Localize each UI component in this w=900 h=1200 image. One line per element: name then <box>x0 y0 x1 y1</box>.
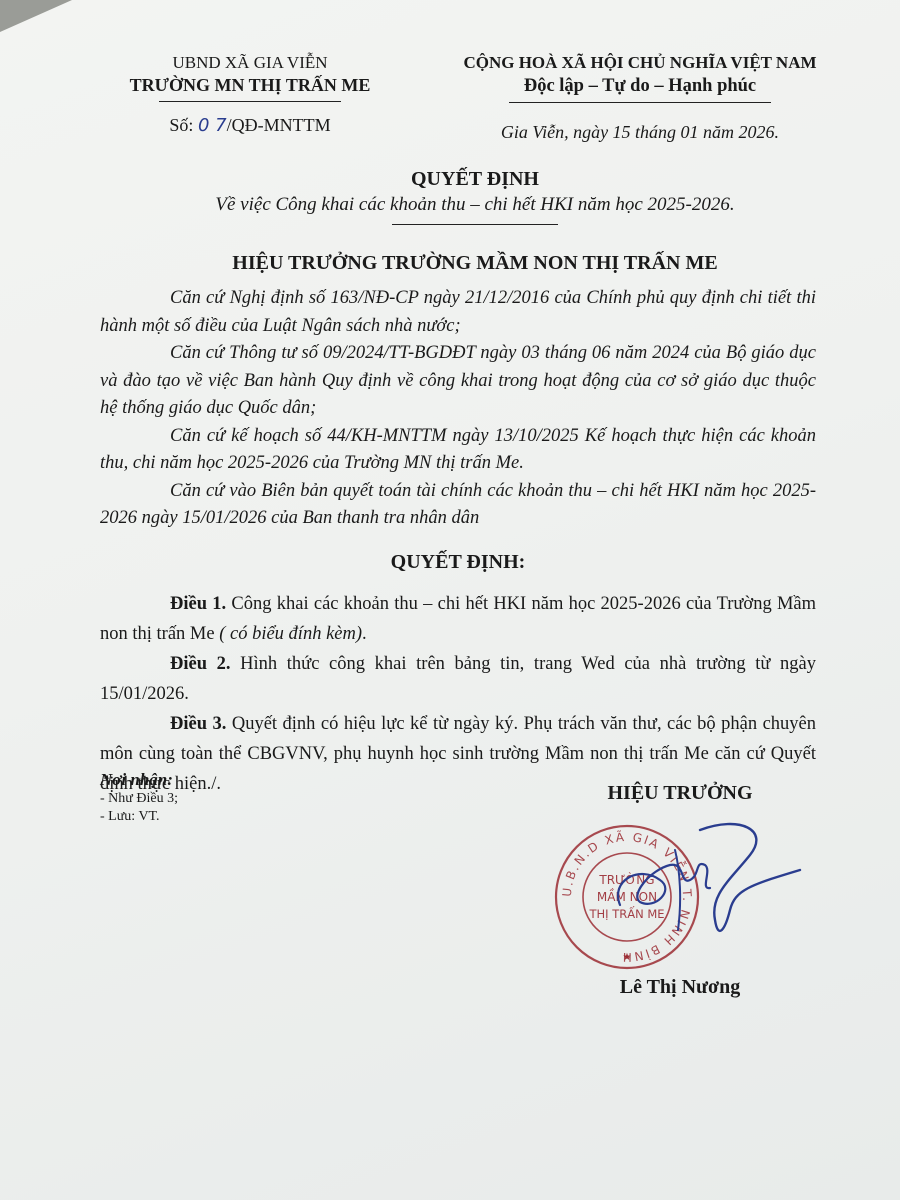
country-name: CỘNG HOÀ XÃ HỘI CHỦ NGHĨA VIỆT NAM <box>440 52 840 74</box>
document-number: Số: 0 7/QĐ-MNTTM <box>110 114 390 137</box>
article-note: ( có biểu đính kèm) <box>219 624 362 644</box>
ground-item: Căn cứ kế hoạch số 44/KH-MNTTM ngày 13/1… <box>100 423 816 478</box>
header-left: UBND XÃ GIA VIỄN TRƯỜNG MN THỊ TRẤN ME S… <box>110 52 390 137</box>
school-name: TRƯỜNG MN THỊ TRẤN ME <box>110 74 390 96</box>
handwritten-number: 0 7 <box>198 115 227 136</box>
legal-grounds: Căn cứ Nghị định số 163/NĐ-CP ngày 21/12… <box>100 285 816 533</box>
article-label: Điều 1. <box>170 594 226 614</box>
document-title: QUYẾT ĐỊNH Về việc Công khai các khoản t… <box>150 166 800 225</box>
title-rule <box>392 224 558 225</box>
article-tail: . <box>362 624 367 644</box>
ground-item: Căn cứ Nghị định số 163/NĐ-CP ngày 21/12… <box>100 285 816 340</box>
signer-title: HIỆU TRƯỞNG <box>560 780 800 806</box>
document-body: Căn cứ Nghị định số 163/NĐ-CP ngày 21/12… <box>100 285 816 799</box>
signer-name: Lê Thị Nương <box>560 974 800 1000</box>
number-suffix: /QĐ-MNTTM <box>227 115 331 135</box>
recipient-item: - Lưu: VT. <box>100 808 400 826</box>
header-right: CỘNG HOÀ XÃ HỘI CHỦ NGHĨA VIỆT NAM Độc l… <box>440 52 840 143</box>
ground-item: Căn cứ vào Biên bản quyết toán tài chính… <box>100 478 816 533</box>
title-subject: Về việc Công khai các khoản thu – chi hế… <box>150 192 800 218</box>
article-label: Điều 3. <box>170 714 226 734</box>
header-right-rule <box>509 102 771 103</box>
national-motto: Độc lập – Tự do – Hạnh phúc <box>440 74 840 98</box>
article-2: Điều 2. Hình thức công khai trên bảng ti… <box>100 649 816 709</box>
recipient-item: - Như Điều 3; <box>100 790 400 808</box>
article-label: Điều 2. <box>170 654 231 674</box>
article-1: Điều 1. Công khai các khoản thu – chi hế… <box>100 589 816 649</box>
number-prefix: Số: <box>169 115 198 135</box>
recipients-block: Nơi nhận: - Như Điều 3; - Lưu: VT. <box>100 770 400 826</box>
decision-heading: QUYẾT ĐỊNH: <box>100 549 816 575</box>
background-corner <box>0 0 72 32</box>
recipients-heading: Nơi nhận: <box>100 770 400 790</box>
header-left-rule <box>159 101 341 102</box>
articles: Điều 1. Công khai các khoản thu – chi hế… <box>100 589 816 799</box>
title-heading: QUYẾT ĐỊNH <box>150 166 800 192</box>
authority-name: UBND XÃ GIA VIỄN <box>110 52 390 74</box>
ground-item: Căn cứ Thông tư số 09/2024/TT-BGDĐT ngày… <box>100 340 816 423</box>
issuer-heading: HIỆU TRƯỞNG TRƯỜNG MẦM NON THỊ TRẤN ME <box>150 250 800 276</box>
place-date: Gia Viễn, ngày 15 tháng 01 năm 2026. <box>440 121 840 143</box>
handwritten-signature-icon <box>600 810 820 960</box>
